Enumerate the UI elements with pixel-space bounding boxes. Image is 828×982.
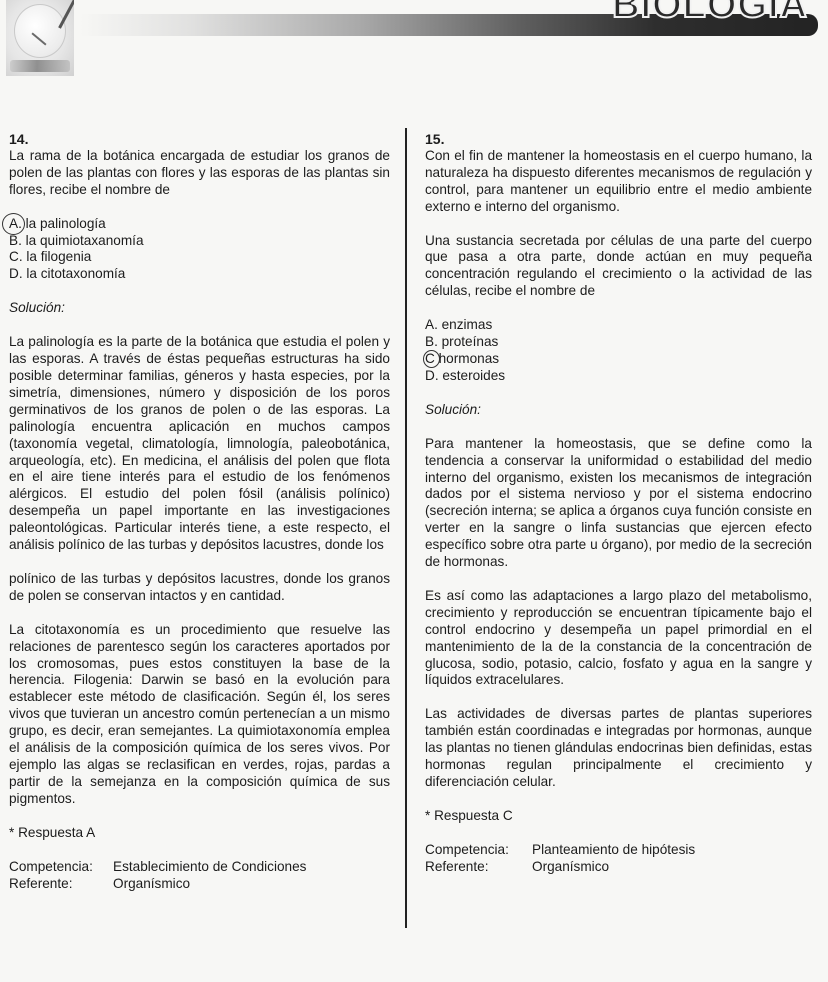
metadata-block: Competencia: Establecimiento de Condicio… — [9, 859, 390, 893]
answer-line: * Respuesta A — [9, 825, 390, 842]
option-b[interactable]: B. proteínas — [425, 334, 812, 351]
solution-paragraph: Para mantener la homeostasis, que se def… — [425, 436, 812, 571]
competencia-label: Competencia: — [9, 859, 113, 876]
solution-paragraph: Las actividades de diversas partes de pl… — [425, 706, 812, 791]
option-letter: B. — [9, 233, 22, 250]
option-letter: A. — [425, 317, 438, 334]
competencia-label: Competencia: — [425, 842, 532, 859]
question-prompt: Con el fin de mantener la homeostasis en… — [425, 148, 812, 216]
question-14-column: 14. La rama de la botánica encargada de … — [9, 131, 390, 892]
option-text: proteínas — [442, 334, 499, 349]
option-letter: B. — [425, 334, 438, 351]
question-prompt: Una sustancia secretada por células de u… — [425, 233, 812, 301]
option-letter: C — [425, 351, 435, 368]
question-number: 15. — [425, 131, 812, 148]
solution-label: Solución: — [9, 300, 390, 317]
option-letter: C. — [9, 249, 23, 266]
option-text: la palinología — [26, 216, 106, 231]
answer-options: A. enzimas B. proteínas C hormonas D. es… — [425, 317, 812, 385]
referente-label: Referente: — [425, 859, 532, 876]
option-text: enzimas — [442, 317, 493, 332]
solution-paragraph: La citotaxonomía es un procedimiento que… — [9, 622, 390, 808]
option-text: hormonas — [439, 351, 499, 366]
solution-label: Solución: — [425, 402, 812, 419]
question-prompt: La rama de la botánica encargada de estu… — [9, 148, 390, 199]
option-c[interactable]: C hormonas — [425, 351, 812, 368]
answer-options: A. la palinología B. la quimiotaxanomía … — [9, 216, 390, 284]
metadata-block: Competencia: Planteamiento de hipótesis … — [425, 842, 812, 876]
lab-equipment-photo-icon — [6, 0, 74, 76]
referente-value: Organísmico — [532, 859, 812, 876]
option-a[interactable]: A. la palinología — [9, 216, 390, 233]
answer-line: * Respuesta C — [425, 808, 812, 825]
column-divider — [405, 128, 407, 928]
option-letter: D. — [425, 368, 439, 385]
option-b[interactable]: B. la quimiotaxanomía — [9, 233, 390, 250]
solution-paragraph: Es así como las adaptaciones a largo pla… — [425, 588, 812, 689]
option-letter: A. — [9, 216, 22, 233]
option-text: la citotaxonomía — [26, 266, 125, 281]
option-text: esteroides — [442, 368, 505, 383]
option-d[interactable]: D. esteroides — [425, 368, 812, 385]
option-text: la quimiotaxanomía — [26, 233, 144, 248]
option-letter: D. — [9, 266, 23, 283]
referente-label: Referente: — [9, 876, 113, 893]
solution-paragraph: La palinología es la parte de la botánic… — [9, 334, 390, 554]
page-header: BIOLOGIA — [0, 0, 828, 90]
option-a[interactable]: A. enzimas — [425, 317, 812, 334]
option-text: la filogenia — [26, 249, 91, 264]
competencia-value: Establecimiento de Condiciones — [113, 859, 390, 876]
solution-paragraph: polínico de las turbas y depósitos lacus… — [9, 571, 390, 605]
question-15-column: 15. Con el fin de mantener la homeostasi… — [425, 131, 812, 876]
option-c[interactable]: C. la filogenia — [9, 249, 390, 266]
competencia-value: Planteamiento de hipótesis — [532, 842, 812, 859]
referente-value: Organísmico — [113, 876, 390, 893]
option-d[interactable]: D. la citotaxonomía — [9, 266, 390, 283]
section-title: BIOLOGIA — [612, 0, 808, 24]
question-number: 14. — [9, 131, 390, 148]
